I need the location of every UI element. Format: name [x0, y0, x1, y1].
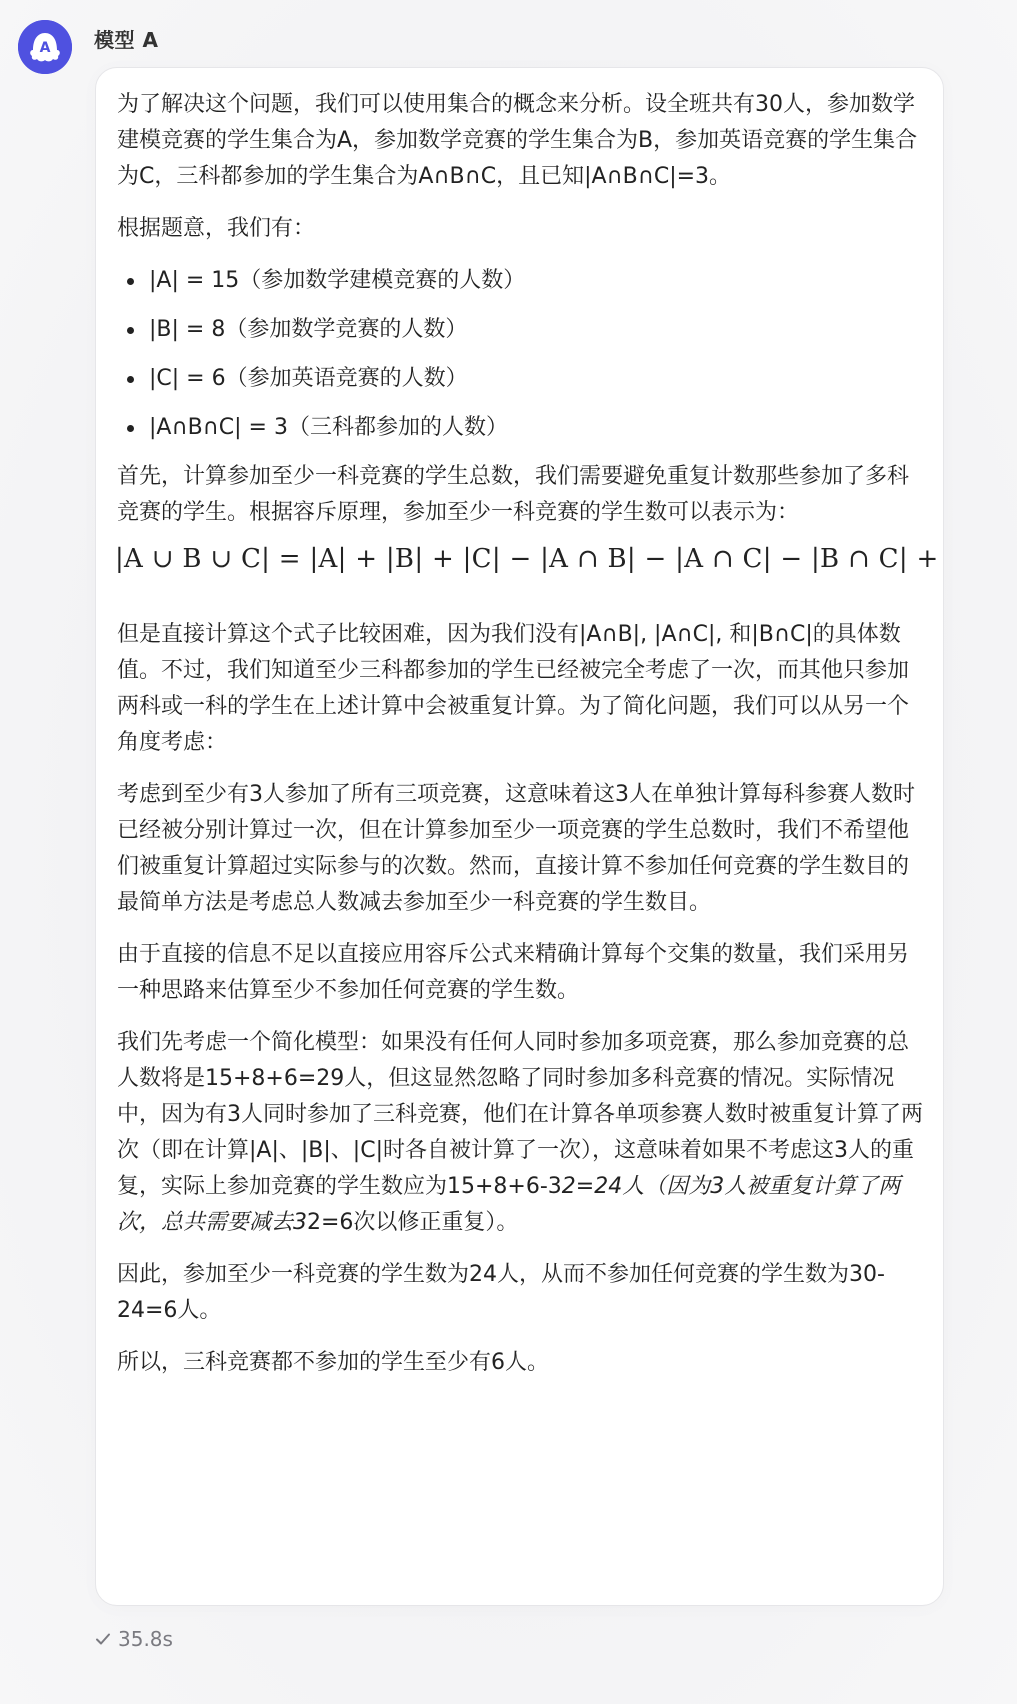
list-item: |B| = 8（参加数学竞赛的人数）	[149, 312, 923, 348]
paragraph-simplified-model: 我们先考虑一个简化模型：如果没有任何人同时参加多项竞赛，那么参加竞赛的总人数将是…	[117, 1025, 923, 1241]
paragraph-therefore: 因此，参加至少一科竞赛的学生数为24人，从而不参加任何竞赛的学生数为30-24=…	[117, 1257, 923, 1329]
paragraph-consider: 考虑到至少有3人参加了所有三项竞赛，这意味着这3人在单独计算每科参赛人数时已经被…	[117, 777, 923, 921]
response-status: 35.8s	[94, 1627, 173, 1651]
list-item: |A∩B∩C| = 3（三科都参加的人数）	[149, 410, 923, 446]
message-card: 为了解决这个问题，我们可以使用集合的概念来分析。设全班共有30人，参加数学建模竞…	[95, 67, 944, 1606]
check-icon	[94, 1630, 112, 1648]
paragraph-given: 根据题意，我们有：	[117, 211, 923, 247]
given-list: |A| = 15（参加数学建模竞赛的人数） |B| = 8（参加数学竞赛的人数）…	[117, 263, 923, 446]
ghost-logo-icon: A	[18, 20, 72, 74]
list-item: |A| = 15（参加数学建模竞赛的人数）	[149, 263, 923, 299]
paragraph-approach: 由于直接的信息不足以直接应用容斥公式来精确计算每个交集的数量，我们采用另一种思路…	[117, 937, 923, 1009]
model-name: 模型 A	[94, 24, 158, 53]
paragraph-inclusion-exclusion: 首先，计算参加至少一科竞赛的学生总数，我们需要避免重复计数那些参加了多科竞赛的学…	[117, 459, 923, 531]
paragraph-conclusion: 所以，三科竞赛都不参加的学生至少有6人。	[117, 1345, 923, 1381]
list-item: |C| = 6（参加英语竞赛的人数）	[149, 361, 923, 397]
text-run: 2=6次以修正重复）。	[307, 1210, 518, 1235]
svg-text:A: A	[40, 40, 51, 56]
paragraph-intro: 为了解决这个问题，我们可以使用集合的概念来分析。设全班共有30人，参加数学建模竞…	[117, 87, 923, 195]
message-content: 为了解决这个问题，我们可以使用集合的概念来分析。设全班共有30人，参加数学建模竞…	[96, 68, 943, 1381]
paragraph-difficulty: 但是直接计算这个式子比较困难，因为我们没有|A∩B|, |A∩C|, 和|B∩C…	[117, 617, 923, 761]
elapsed-time: 35.8s	[118, 1627, 173, 1651]
formula: |A ∪ B ∪ C| = |A| + |B| + |C| − |A ∩ B| …	[115, 541, 923, 577]
avatar: A	[18, 20, 72, 74]
